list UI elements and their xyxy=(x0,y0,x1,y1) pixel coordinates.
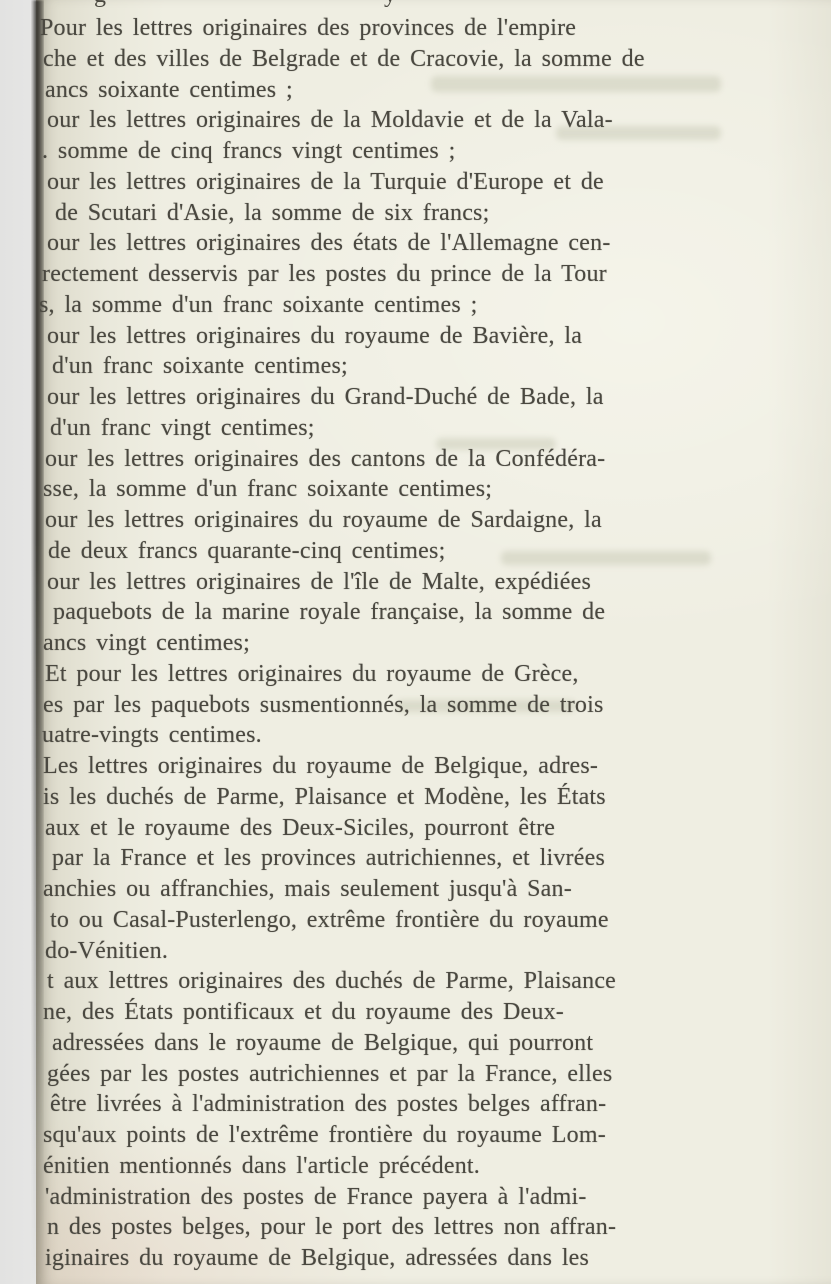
text-line: ancs vingt centimes; xyxy=(43,628,831,659)
text-line: adressées dans le royaume de Belgique, q… xyxy=(52,1028,831,1059)
text-line: par la France et les provinces autrichie… xyxy=(52,843,831,874)
text-line: Les lettres originaires du royaume de Be… xyxy=(43,751,831,782)
text-line: paquebots de la marine royale française,… xyxy=(53,597,831,628)
text-line: 'administration des postes de France pay… xyxy=(45,1182,831,1213)
text-line: ne, des États pontificaux et du royaume … xyxy=(43,997,831,1028)
text-line: our les lettres originaires des états de… xyxy=(47,228,831,259)
text-line: de deux francs quarante-cinq centimes; xyxy=(48,536,831,567)
text-line: is les duchés de Parme, Plaisance et Mod… xyxy=(43,782,831,813)
text-line: che et des villes de Belgrade et de Crac… xyxy=(43,44,831,75)
body-text-lines: Pour les lettres originaires des provinc… xyxy=(36,13,831,1274)
text-line: d'un franc vingt centimes; xyxy=(50,413,831,444)
text-line: our les lettres originaires du royaume d… xyxy=(47,321,831,352)
text-line: our les lettres originaires de la Moldav… xyxy=(47,105,831,136)
cropped-top-line: gy xyxy=(36,0,831,12)
text-line: s, la somme d'un franc soixante centimes… xyxy=(39,290,831,321)
scanned-page: gy Pour les lettres originaires des prov… xyxy=(0,0,831,1284)
text-line: gées par les postes autrichiennes et par… xyxy=(47,1059,831,1090)
text-line: our les lettres originaires de la Turqui… xyxy=(47,167,831,198)
text-line: our les lettres originaires du royaume d… xyxy=(45,505,831,536)
text-line: ancs soixante centimes ; xyxy=(45,75,831,106)
text-line: sse, la somme d'un franc soixante centim… xyxy=(43,474,831,505)
text-line: squ'aux points de l'extrême frontière du… xyxy=(43,1120,831,1151)
text-line: n des postes belges, pour le port des le… xyxy=(47,1212,831,1243)
text-line: Et pour les lettres originaires du royau… xyxy=(45,659,831,690)
text-line: énitien mentionnés dans l'article précéd… xyxy=(43,1151,831,1182)
text-line: our les lettres originaires du Grand-Duc… xyxy=(47,382,831,413)
text-line: de Scutari d'Asie, la somme de six franc… xyxy=(55,198,831,229)
text-line: our les lettres originaires des cantons … xyxy=(45,444,831,475)
text-line: être livrées à l'administration des post… xyxy=(50,1089,831,1120)
cropped-glyph-fragment: y xyxy=(384,0,396,9)
text-line: to ou Casal-Pusterlengo, extrême frontiè… xyxy=(50,905,831,936)
text-line: rectement desservis par les postes du pr… xyxy=(42,259,831,290)
text-line: uatre-vingts centimes. xyxy=(42,720,831,751)
text-line: Pour les lettres originaires des provinc… xyxy=(40,13,831,44)
text-line: our les lettres originaires de l'île de … xyxy=(47,567,831,598)
text-line: es par les paquebots susmentionnés, la s… xyxy=(43,690,831,721)
text-line: iginaires du royaume de Belgique, adress… xyxy=(45,1243,831,1274)
text-line: do-Vénitien. xyxy=(45,936,831,967)
page-text: gy Pour les lettres originaires des prov… xyxy=(36,0,831,1284)
text-line: d'un franc soixante centimes; xyxy=(52,351,831,382)
text-line: aux et le royaume des Deux-Siciles, pour… xyxy=(45,813,831,844)
text-line: t aux lettres originaires des duchés de … xyxy=(47,966,831,997)
text-line: anchies ou affranchies, mais seulement j… xyxy=(43,874,831,905)
cropped-glyph-fragment: g xyxy=(94,0,106,9)
text-line: . somme de cinq francs vingt centimes ; xyxy=(42,136,831,167)
